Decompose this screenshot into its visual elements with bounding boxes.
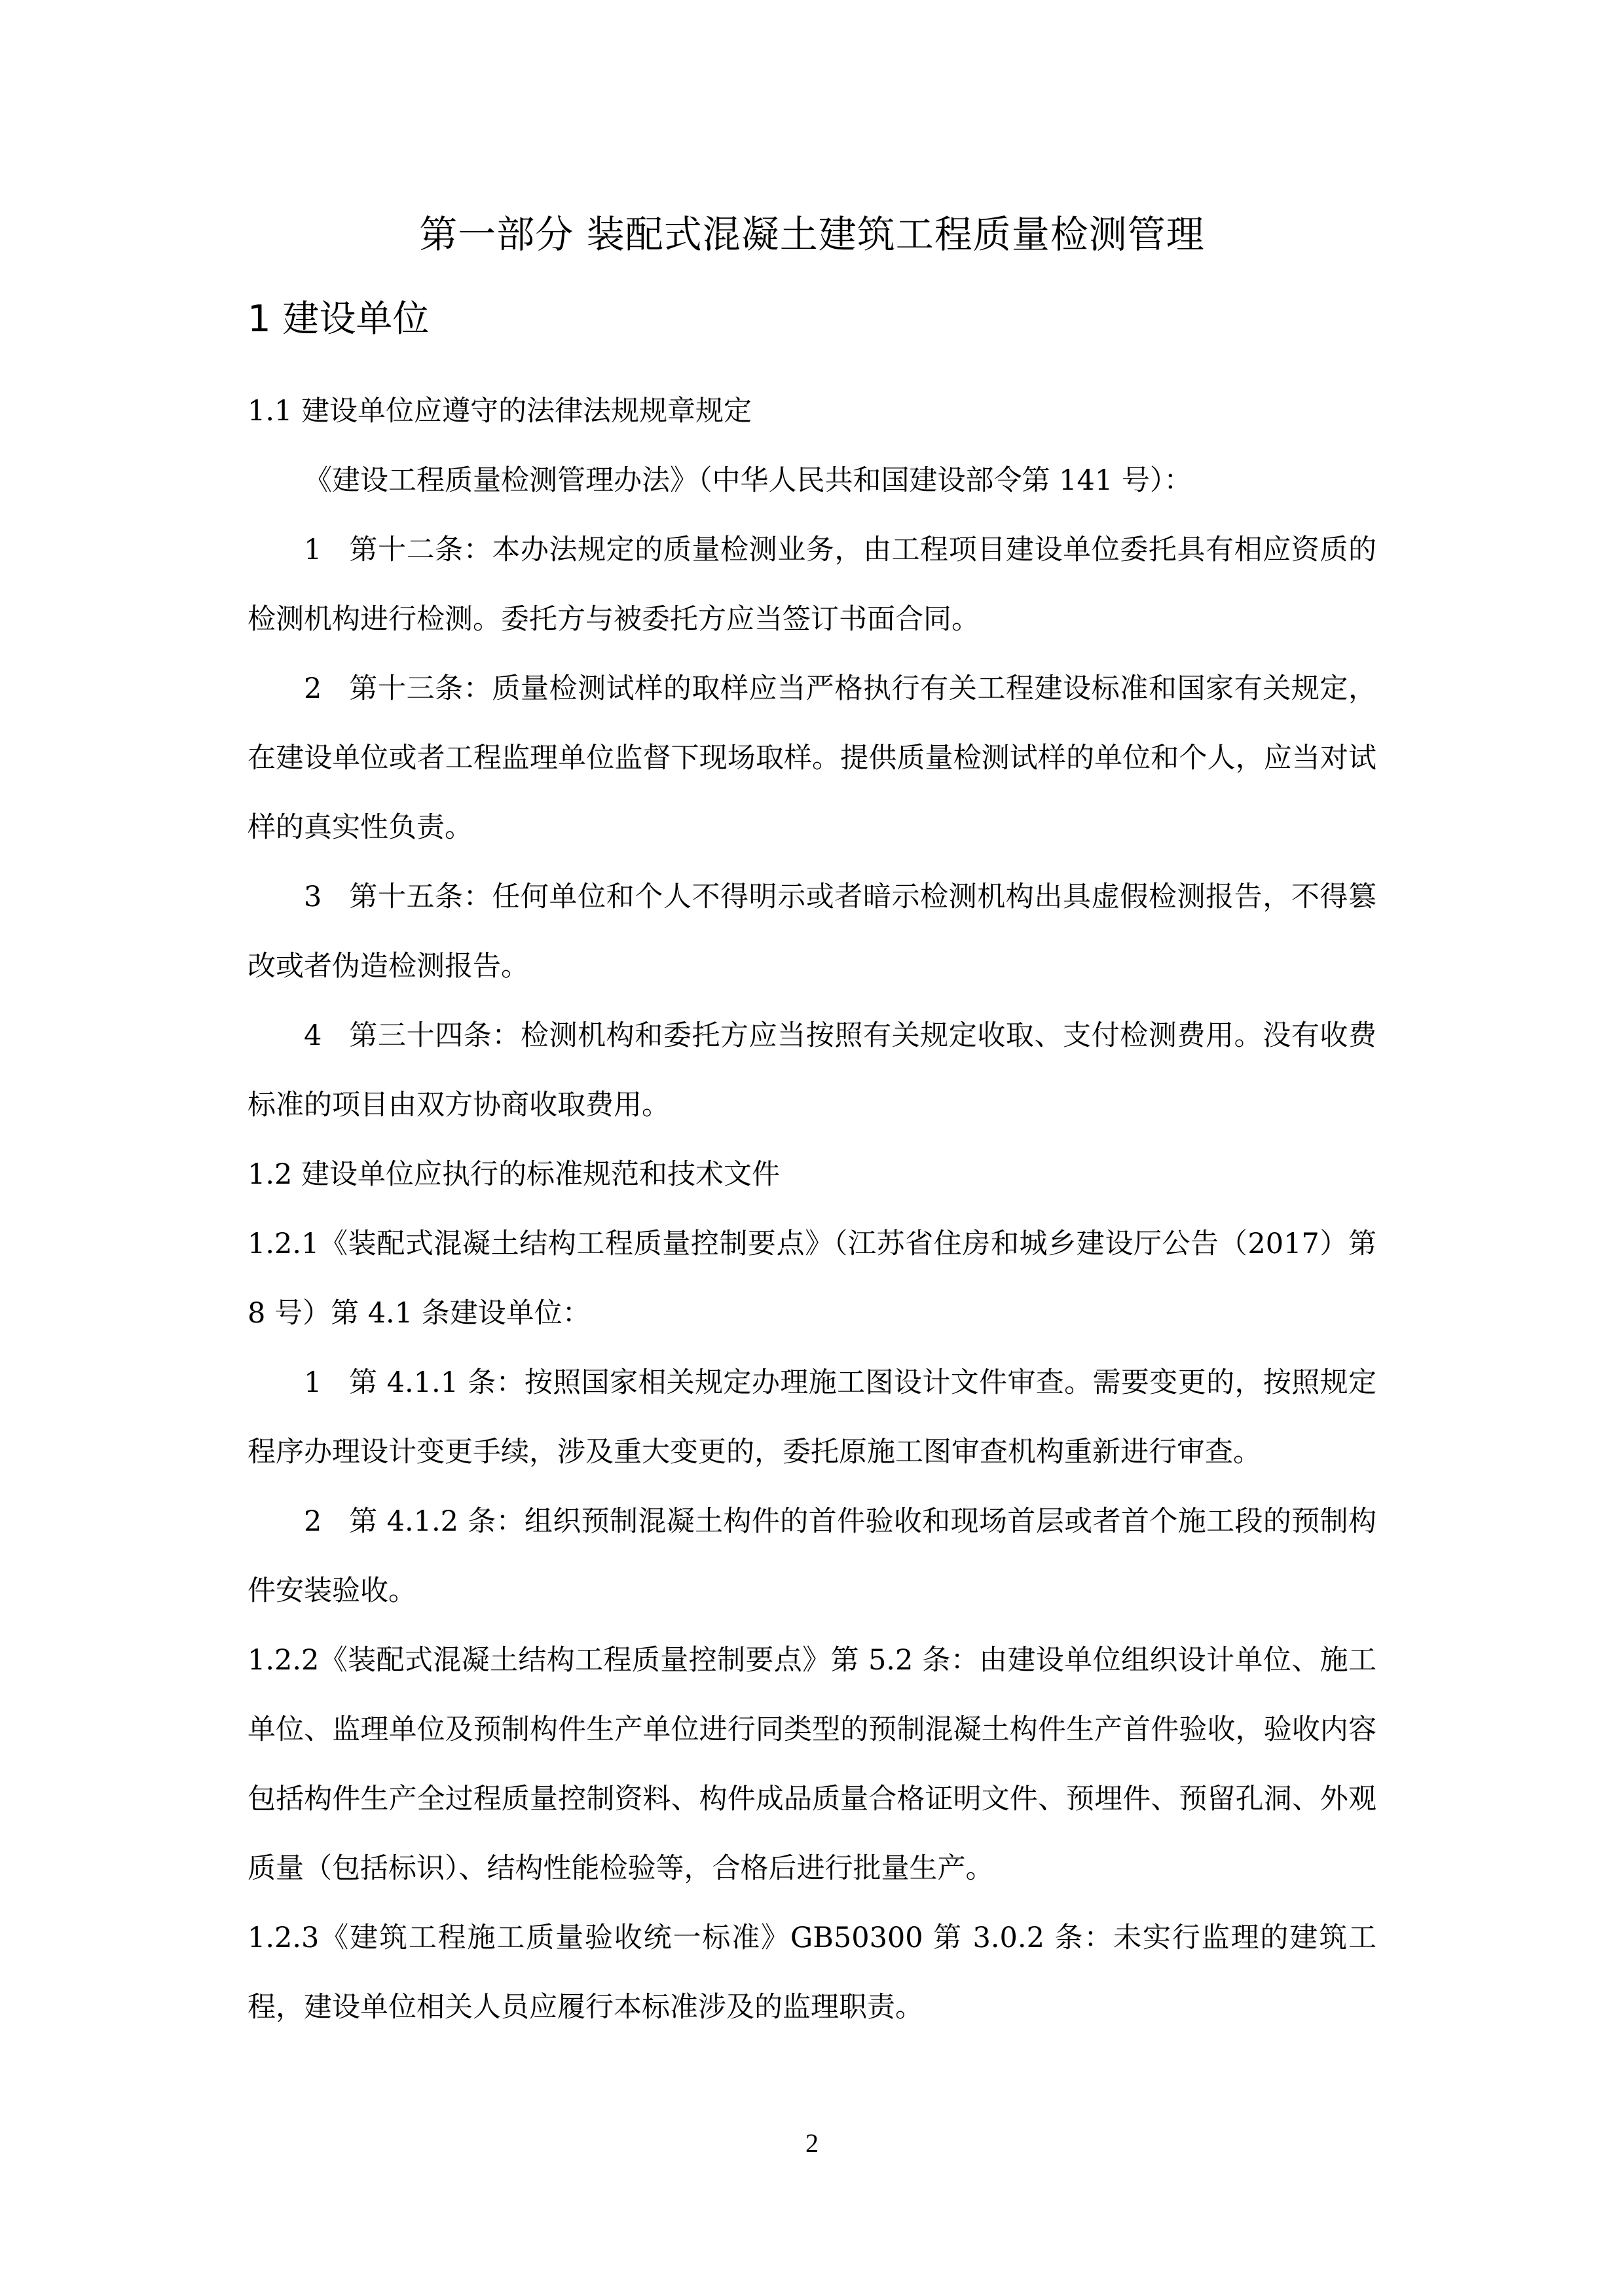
- list-item: 2第 4.1.2 条：组织预制混凝土构件的首件验收和现场首层或者首个施工段的预制…: [248, 1487, 1376, 1626]
- item-number: 4: [304, 1001, 349, 1070]
- regulation-intro: 《建设工程质量检测管理办法》（中华人民共和国建设部令第 141 号）：: [248, 446, 1376, 515]
- subsection-heading-1-2: 1.2 建设单位应执行的标准规范和技术文件: [248, 1140, 1376, 1209]
- subsection-heading-1-1: 1.1 建设单位应遵守的法律法规规章规定: [248, 376, 1376, 446]
- item-text: 第 4.1.1 条：按照国家相关规定办理施工图设计文件审查。需要变更的，按照规定…: [248, 1366, 1376, 1468]
- list-item: 1第 4.1.1 条：按照国家相关规定办理施工图设计文件审查。需要变更的，按照规…: [248, 1348, 1376, 1487]
- list-item: 3第十五条：任何单位和个人不得明示或者暗示检测机构出具虚假检测报告，不得篡改或者…: [248, 862, 1376, 1001]
- paragraph-1-2-3: 1.2.3《建筑工程施工质量验收统一标准》GB50300 第 3.0.2 条：未…: [248, 1903, 1376, 2042]
- item-text: 第 4.1.2 条：组织预制混凝土构件的首件验收和现场首层或者首个施工段的预制构…: [248, 1505, 1376, 1607]
- page-number: 2: [0, 2128, 1624, 2159]
- item-text: 第三十四条：检测机构和委托方应当按照有关规定收取、支付检测费用。没有收费标准的项…: [248, 1019, 1376, 1121]
- item-text: 第十五条：任何单位和个人不得明示或者暗示检测机构出具虚假检测报告，不得篡改或者伪…: [248, 881, 1376, 983]
- document-body: 1.1 建设单位应遵守的法律法规规章规定 《建设工程质量检测管理办法》（中华人民…: [248, 376, 1376, 2042]
- paragraph-1-2-1: 1.2.1《装配式混凝土结构工程质量控制要点》（江苏省住房和城乡建设厅公告（20…: [248, 1209, 1376, 1348]
- item-number: 2: [304, 1487, 349, 1556]
- list-item: 1第十二条：本办法规定的质量检测业务，由工程项目建设单位委托具有相应资质的检测机…: [248, 515, 1376, 654]
- item-number: 1: [304, 515, 349, 585]
- item-text: 第十二条：本办法规定的质量检测业务，由工程项目建设单位委托具有相应资质的检测机构…: [248, 534, 1376, 636]
- paragraph-1-2-2: 1.2.2《装配式混凝土结构工程质量控制要点》第 5.2 条：由建设单位组织设计…: [248, 1626, 1376, 1903]
- list-item: 2第十三条：质量检测试样的取样应当严格执行有关工程建设标准和国家有关规定，在建设…: [248, 654, 1376, 862]
- section-heading: 1 建设单位: [248, 293, 429, 346]
- item-number: 1: [304, 1348, 349, 1417]
- item-text: 第十三条：质量检测试样的取样应当严格执行有关工程建设标准和国家有关规定，在建设单…: [248, 672, 1376, 844]
- item-number: 3: [304, 862, 349, 932]
- list-item: 4第三十四条：检测机构和委托方应当按照有关规定收取、支付检测费用。没有收费标准的…: [248, 1001, 1376, 1140]
- part-title: 第一部分 装配式混凝土建筑工程质量检测管理: [248, 208, 1376, 261]
- item-number: 2: [304, 654, 349, 723]
